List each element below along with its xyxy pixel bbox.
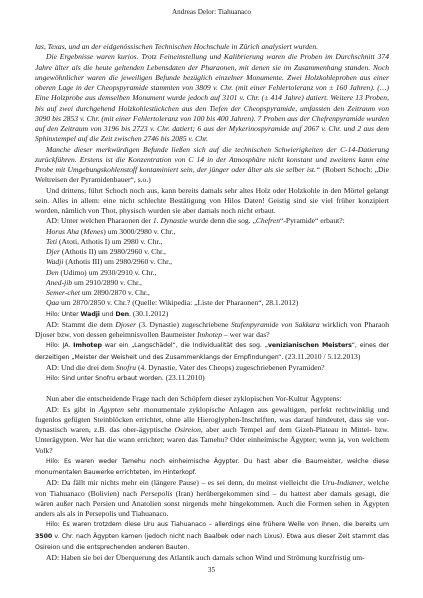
page-body: las, Texas, und an der eidgenössischen T… (35, 42, 389, 563)
date: (30.1.2012) (131, 309, 168, 318)
body-text: und (100, 311, 115, 318)
hilo-answer: Hilo: Es waren weder Tamehu noch einheim… (35, 456, 389, 479)
pharaoh-alias: Menes (83, 227, 103, 236)
list-item: Djer (Athotis II) um 2980/2960 v. Chr., (46, 247, 389, 257)
paragraph: las, Texas, und an der eidgenössischen T… (35, 42, 389, 52)
body-text: (Atoti, Athotis I) um 2980 v. Chr., (57, 237, 162, 246)
body-text: Hilo: Es waren weder Tamehu noch einheim… (35, 458, 389, 476)
body-text: (Athotis III) um 2980/2960 v. Chr., (63, 257, 172, 266)
emphasis: Snofru (116, 363, 136, 372)
emphasis: venizianischen Meisters (268, 342, 352, 349)
pharaoh-name: Teti (46, 237, 57, 246)
emphasis: Osireion (175, 425, 201, 434)
body-text: AD: Haben sie bei der Überquerung des At… (46, 553, 365, 562)
body-text: um 2870/2850 v. Chr.? (Quelle: Wikipedia… (59, 298, 298, 307)
body-text: (Udimo) um 2930/2910 v. Chr., (59, 268, 157, 277)
list-item: Semer-chet um 2890/2870 v. Chr., (46, 288, 389, 298)
body-text: war ein „Langschädel“, die Individualitä… (102, 342, 268, 349)
list-item: Teti (Atoti, Athotis I) um 2980 v. Chr., (46, 237, 389, 247)
list-item: Qaa um 2870/2850 v. Chr.? (Quelle: Wikip… (46, 298, 389, 308)
ad-question: AD: Haben sie bei der Überquerung des At… (35, 553, 389, 563)
body-text: AD: Es gibt in (46, 405, 99, 414)
ad-question: AD: Und die drei dem Snofru (4. Dynastie… (35, 363, 389, 373)
date: (23.11.2010) (164, 373, 205, 382)
paragraph: Nun aber die entscheidende Frage nach de… (35, 394, 389, 404)
body-text: (Athotis II) um 2980/2960 v. Chr., (60, 247, 166, 256)
body-text: ) um 3000/2980 v. Chr., (103, 227, 175, 236)
ad-question: AD: Stammt die dem Djoser (3. Dynastie) … (35, 320, 389, 341)
body-text: Hilo: Sind unter Snofru erbaut worden. (46, 375, 164, 382)
spacer (35, 384, 389, 394)
emphasis: Stufenpyramide von Sakkara (231, 320, 320, 329)
body-text: Hilo: Es waren trotzdem diese Uru aus Ti… (46, 521, 389, 528)
running-header: Andreas Delor: Tiahuanaco (0, 8, 423, 16)
body-text: wurde denn die sog. „ (188, 216, 256, 225)
emphasis: Den (115, 311, 129, 318)
body-text: (4. Dynastie, Vater des Cheops) zugeschr… (136, 363, 325, 372)
list-item: Horus Aha (Menes) um 3000/2980 v. Chr., (46, 227, 389, 237)
quote-text: las, Texas, und an der eidgenössischen T… (35, 42, 318, 51)
hilo-answer: Hilo: Sind unter Snofru erbaut worden. (… (35, 373, 389, 384)
body-text: “-Pyramide“ erbaut?: (280, 216, 345, 225)
date: (23.11.2010 / 5.12.2013) (283, 352, 360, 361)
ad-question: AD: Es gibt in Ägypten sehr monumentale … (35, 405, 389, 456)
list-item: Wadji (Athotis III) um 2980/2960 v. Chr.… (46, 257, 389, 267)
paragraph: Manche dieser merkwürdigen Befunde ließe… (35, 145, 389, 186)
hilo-answer: Hilo: Es waren trotzdem diese Uru aus Ti… (35, 519, 389, 553)
quote-text: Die Ergebnisse waren kurios. Trotz Feine… (35, 52, 389, 143)
list-item: Aned-jib um 2910/2890 v. Chr., (46, 278, 389, 288)
pharaoh-name: Semer-chet (46, 288, 80, 297)
hilo-answer: Hilo: JA. Imhotep war ein „Langschädel“,… (35, 340, 389, 363)
pharaoh-name: Aned-jib (46, 278, 72, 287)
body-text: Hilo: Unter (46, 311, 81, 318)
body-text: Hilo: JA. (46, 342, 73, 349)
body-text: AD: Stammt die dem (46, 320, 115, 329)
pharaoh-name: Wadji (46, 257, 63, 266)
body-text: AD: Unter welchen Pharaonen der (46, 216, 153, 225)
ad-question: AD: Da fällt mir nichts mehr ein (länger… (35, 478, 389, 519)
pharaoh-name: Qaa (46, 298, 59, 307)
body-text: (3. Dynastie) zugeschriebene (136, 320, 231, 329)
emphasis: Imhotep (73, 342, 102, 349)
list-item: Den (Udimo) um 2930/2910 v. Chr., (46, 268, 389, 278)
emphasis: Wadji (81, 311, 100, 318)
body-text: AD: Und die drei dem (46, 363, 116, 372)
hilo-answer: Hilo: Unter Wadji und Den. (30.1.2012) (35, 309, 389, 320)
page-number: 35 (0, 566, 423, 574)
body-text: v. Chr. nach Ägypten kamen (jedoch nicht… (35, 533, 389, 551)
pharaoh-name: Djer (46, 247, 60, 256)
emphasis: Uru-Indianer (322, 478, 363, 487)
body-text: AD: Da fällt mir nichts mehr ein (länger… (46, 478, 322, 487)
body-text: Nun aber die entscheidende Frage nach de… (46, 394, 341, 403)
emphasis: 1. Dynastie (153, 216, 188, 225)
paragraph: Die Ergebnisse waren kurios. Trotz Feine… (35, 52, 389, 144)
emphasis: Ägypten (99, 405, 124, 414)
emphasis: Djoser (115, 320, 136, 329)
body-text: – wer war das? (222, 330, 270, 339)
body-text: um 2910/2890 v. Chr., (72, 278, 142, 287)
body-text: um 2890/2870 v. Chr., (80, 288, 150, 297)
emphasis: Persepolis (140, 489, 172, 498)
paragraph: AD: Unter welchen Pharaonen der 1. Dynas… (35, 216, 389, 226)
emphasis: Chefren (256, 216, 280, 225)
pharaoh-name: Den (46, 268, 59, 277)
body-text: Und drittens, führt Schoch noch aus, kan… (35, 186, 389, 216)
pharaoh-name: Horus Aha (46, 227, 79, 236)
emphasis: Imhotep (197, 330, 222, 339)
emphasis: 3500 (35, 533, 52, 540)
paragraph: Und drittens, führt Schoch noch aus, kan… (35, 186, 389, 217)
pharaoh-list: Horus Aha (Menes) um 3000/2980 v. Chr., … (35, 227, 389, 309)
